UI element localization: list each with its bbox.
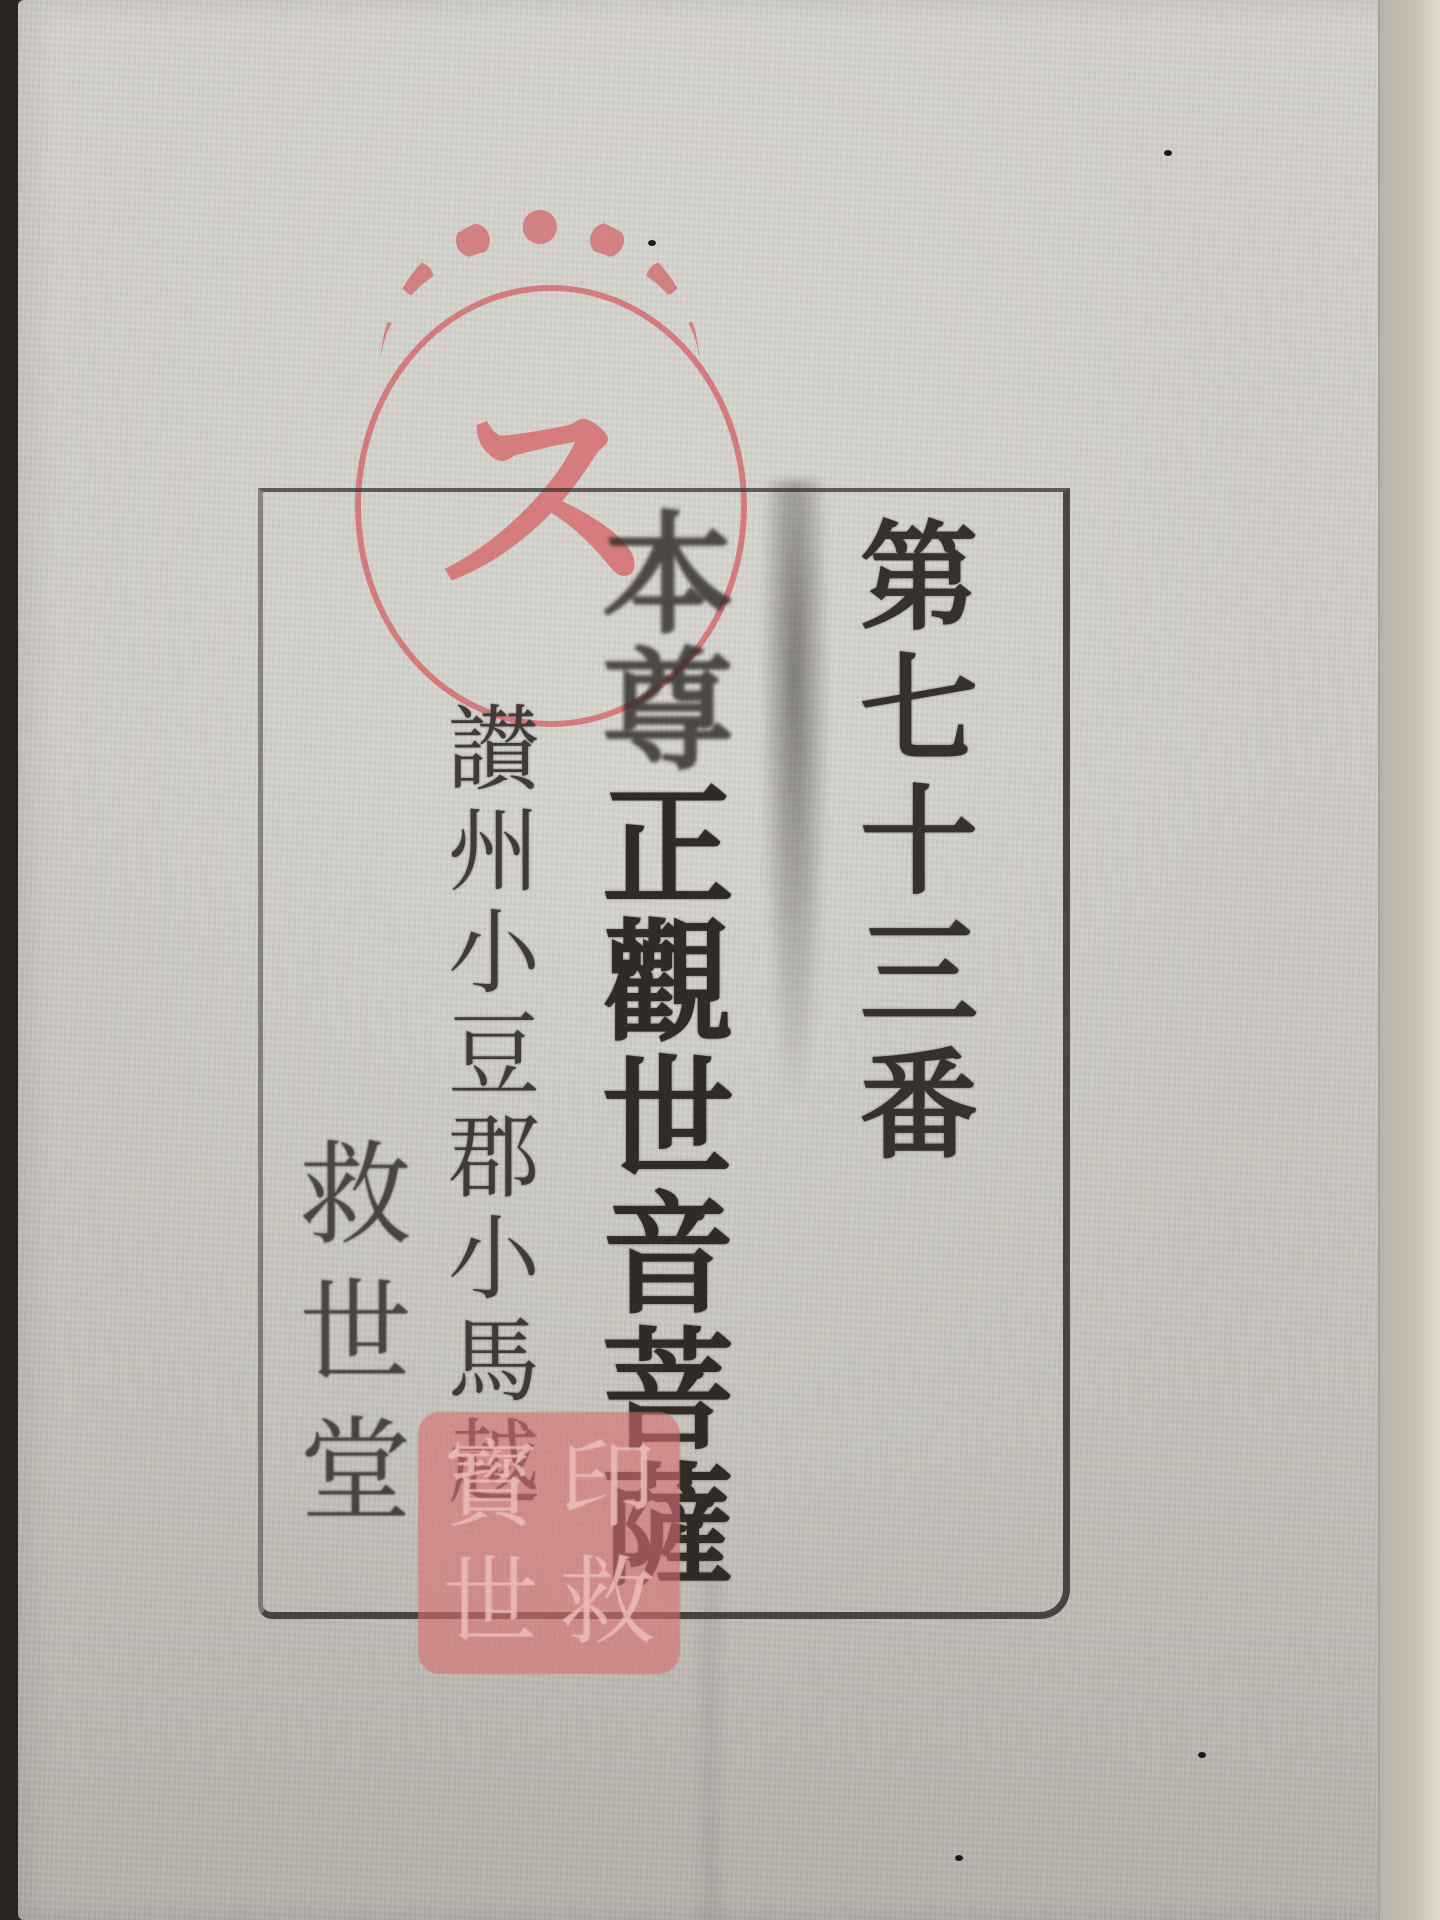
- ink-smudge: [760, 480, 830, 1120]
- ink-speck: [955, 1855, 963, 1861]
- ink-speck: [1164, 150, 1172, 156]
- hall-name: 救世堂: [290, 1135, 402, 1549]
- document-photo: ス 第七十三番 本尊正觀世音菩薩 讃州小豆郡小馬越 救世堂 寳 印 世 救: [0, 0, 1440, 1920]
- underlying-paper-edge: [1378, 0, 1440, 1920]
- square-seal: 寳 印 世 救: [418, 1412, 680, 1674]
- seal-glyph: 印: [549, 1426, 666, 1543]
- ink-speck: [648, 240, 656, 246]
- temple-number: 第七十三番: [850, 515, 968, 1175]
- deity-title-faded: 本尊: [579, 505, 734, 777]
- seal-glyph: 寳: [432, 1426, 549, 1543]
- temple-location: 讃州小豆郡小馬越: [440, 700, 532, 1516]
- ink-speck: [1198, 1752, 1206, 1758]
- seal-glyph: 救: [549, 1543, 666, 1660]
- seal-glyph: 世: [432, 1543, 549, 1660]
